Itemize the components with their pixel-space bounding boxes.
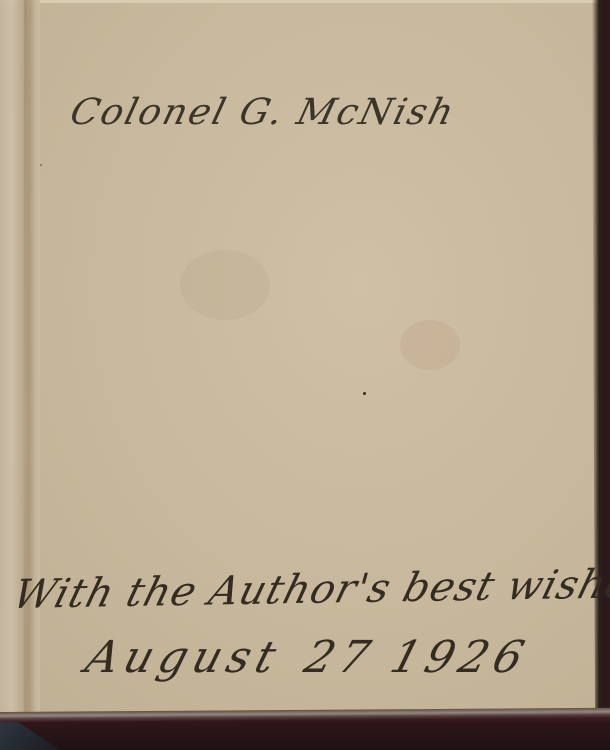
recipient-name: Colonel G. McNish — [66, 92, 460, 133]
paper-speck — [40, 164, 42, 166]
inscription-date: August271926 — [80, 632, 535, 683]
page-top-edge — [0, 0, 602, 3]
dedication-line: With the Author's best wishes — [8, 561, 610, 618]
date-day: 27 — [299, 632, 382, 683]
paper-stain — [180, 250, 270, 320]
date-month: August — [80, 632, 288, 683]
paper-speck — [363, 392, 366, 395]
page-right-edge-shadow — [592, 0, 602, 716]
flyleaf-page: Colonel G. McNish With the Author's best… — [0, 0, 602, 716]
date-year: 1926 — [385, 632, 536, 683]
paper-stain — [400, 320, 460, 370]
book-photo: Colonel G. McNish With the Author's best… — [0, 0, 610, 750]
